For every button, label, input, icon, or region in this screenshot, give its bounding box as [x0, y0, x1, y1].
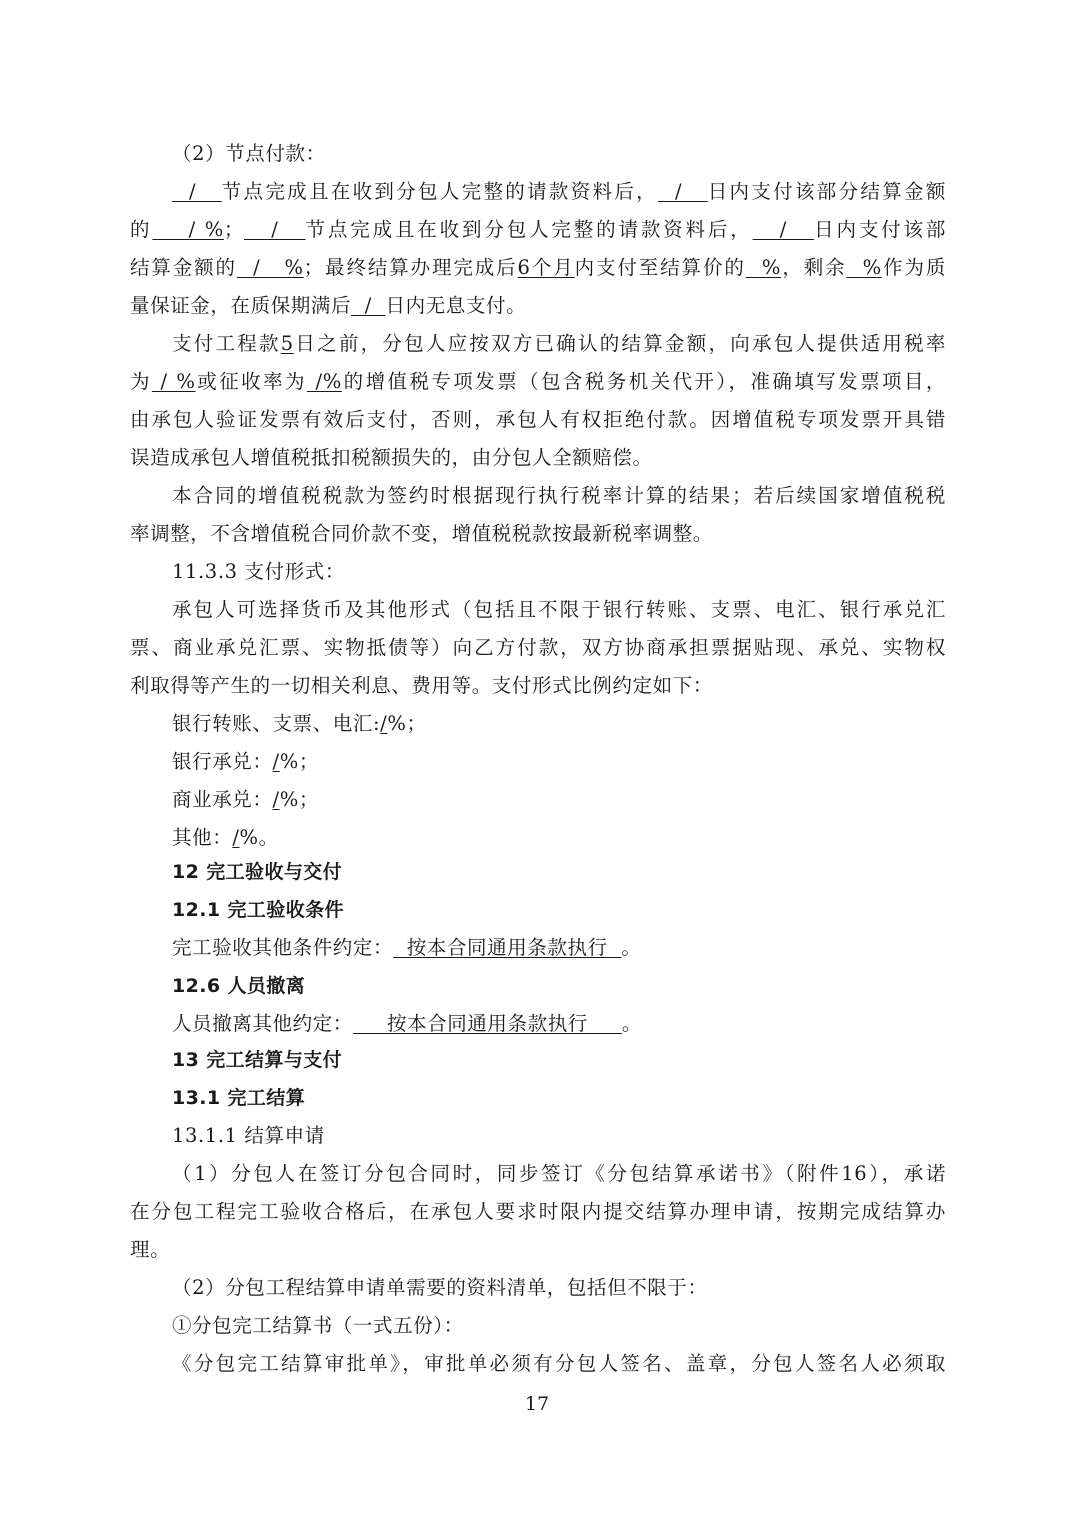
- paragraph-line: 票、商业承兑汇票、实物抵债等）向乙方付款，双方协商承担票据贴现、承兑、实物权: [130, 634, 946, 662]
- blank-field: /: [658, 180, 708, 203]
- paragraph-line: 误造成承包人增值税抵扣税额损失的，由分包人全额赔偿。: [130, 444, 946, 472]
- blank-field: /: [273, 788, 280, 811]
- paragraph-line: 承包人可选择货币及其他形式（包括且不限于银行转账、支票、电汇、银行承兑汇: [172, 596, 946, 624]
- paragraph-line: 利取得等产生的一切相关利息、费用等。支付形式比例约定如下：: [130, 672, 946, 700]
- text: %；: [280, 788, 319, 811]
- blank-field: /: [273, 750, 280, 773]
- payment-ratio-bank-transfer: 银行转账、支票、电汇:/%；: [172, 710, 946, 738]
- filled-field: 按本合同通用条款执行: [353, 1012, 622, 1035]
- paragraph-line: 的 / %； / 节点完成且在收到分包人完整的请款资料后， / 日内支付该部: [130, 216, 946, 244]
- payment-ratio-bank-acceptance: 银行承兑：/%；: [172, 748, 946, 776]
- personnel-withdrawal-line: 人员撤离其他约定： 按本合同通用条款执行 。: [172, 1010, 946, 1038]
- blank-field: /: [244, 218, 306, 241]
- text: 结算金额的: [130, 256, 237, 279]
- paragraph-node-payment-heading: （2）节点付款：: [172, 140, 946, 168]
- label: 完工验收其他条件约定：: [172, 936, 393, 959]
- section-heading-13: 13 完工结算与支付: [172, 1046, 946, 1074]
- text: ；: [224, 218, 244, 241]
- clause-heading-11-3-3: 11.3.3 支付形式：: [172, 558, 946, 586]
- blank-field: /: [351, 294, 385, 317]
- text: 。: [621, 936, 641, 959]
- text: 承包人可选择货币及其他形式（包括且不限于银行转账、支票、电汇、银行承兑汇: [172, 598, 946, 621]
- paragraph-line: 率调整，不含增值税合同价款不变，增值税税款按最新税率调整。: [130, 520, 946, 548]
- payment-ratio-commercial-acceptance: 商业承兑：/%；: [172, 786, 946, 814]
- filled-field: 6个月: [518, 256, 575, 279]
- text: 由承包人验证发票有效后支付，否则，承包人有权拒绝付款。因增值税专项发票开具错: [130, 408, 946, 431]
- acceptance-conditions-line: 完工验收其他条件约定： 按本合同通用条款执行 。: [172, 934, 946, 962]
- text: 11.3.3 支付形式：: [172, 560, 345, 583]
- blank-field: /%: [307, 370, 342, 393]
- text: %；: [280, 750, 319, 773]
- section-heading-13-1: 13.1 完工结算: [172, 1084, 946, 1112]
- clause-heading-13-1-1: 13.1.1 结算申请: [172, 1122, 946, 1150]
- text: 日之前，分包人应按双方已确认的结算金额，向承包人提供适用税率: [294, 332, 946, 355]
- text: 银行转账、支票、电汇:: [172, 712, 380, 735]
- blank-field: %: [746, 256, 781, 279]
- list-item: ①分包完工结算书（一式五份）：: [172, 1312, 946, 1340]
- text: 内支付至结算价的: [575, 256, 746, 279]
- paragraph-line: （2）分包工程结算申请单需要的资料清单，包括但不限于：: [172, 1274, 946, 1302]
- text: 其他：: [172, 826, 232, 849]
- text: 银行承兑：: [172, 750, 273, 773]
- blank-field: /: [172, 180, 222, 203]
- section-heading-12-1: 12.1 完工验收条件: [172, 896, 946, 924]
- label: 人员撤离其他约定：: [172, 1012, 353, 1035]
- text: 日内无息支付。: [385, 294, 526, 317]
- blank-field: %: [847, 256, 882, 279]
- paragraph-line: 本合同的增值税税款为签约时根据现行执行税率计算的结果；若后续国家增值税税: [172, 482, 946, 510]
- text: %；: [387, 712, 426, 735]
- text: 误造成承包人增值税抵扣税额损失的，由分包人全额赔偿。: [130, 446, 653, 469]
- text: 为: [130, 370, 152, 393]
- page-number: 17: [0, 1390, 1074, 1418]
- text: （2）节点付款：: [172, 142, 326, 165]
- paragraph-line: / 节点完成且在收到分包人完整的请款资料后， / 日内支付该部分结算金额: [172, 178, 946, 206]
- paragraph-line: 支付工程款5日之前，分包人应按双方已确认的结算金额，向承包人提供适用税率: [172, 330, 946, 358]
- text: %。: [239, 826, 278, 849]
- text: 节点完成且在收到分包人完整的请款资料后，: [306, 218, 753, 241]
- text: 支付工程款: [172, 332, 281, 355]
- blank-field: /: [753, 218, 815, 241]
- section-heading-12: 12 完工验收与交付: [172, 858, 946, 886]
- text: ，剩余: [781, 256, 846, 279]
- blank-field: / %: [152, 218, 224, 241]
- paragraph-line: 《分包完工结算审批单》，审批单必须有分包人签名、盖章，分包人签名人必须取: [172, 1350, 946, 1378]
- text: 量保证金，在质保期满后: [130, 294, 351, 317]
- text: 或征收率为: [195, 370, 306, 393]
- paragraph-line: 理。: [130, 1236, 946, 1264]
- paragraph-line: 结算金额的 / %；最终结算办理完成后6个月内支付至结算价的 %，剩余 %作为质: [130, 254, 946, 282]
- text: 作为质: [882, 256, 946, 279]
- paragraph-line: 为 / %或征收率为 /%的增值税专项发票（包含税务机关代开），准确填写发票项目…: [130, 368, 946, 396]
- text: 的: [130, 218, 152, 241]
- paragraph-line: 由承包人验证发票有效后支付，否则，承包人有权拒绝付款。因增值税专项发票开具错: [130, 406, 946, 434]
- text: 节点完成且在收到分包人完整的请款资料后，: [222, 180, 658, 203]
- payment-ratio-other: 其他：/%。: [172, 824, 946, 852]
- blank-field: / %: [237, 256, 304, 279]
- text: 商业承兑：: [172, 788, 273, 811]
- paragraph-line: 在分包工程完工验收合格后，在承包人要求时限内提交结算办理申请，按期完成结算办: [130, 1198, 946, 1226]
- text: 日内支付该部分结算金额: [708, 180, 946, 203]
- text: 利取得等产生的一切相关利息、费用等。支付形式比例约定如下：: [130, 674, 713, 697]
- text: ；最终结算办理完成后: [304, 256, 518, 279]
- section-heading-12-6: 12.6 人员撤离: [172, 972, 946, 1000]
- text: 日内支付该部: [814, 218, 946, 241]
- text: 率调整，不含增值税合同价款不变，增值税税款按最新税率调整。: [130, 522, 713, 545]
- text: 的增值税专项发票（包含税务机关代开），准确填写发票项目，: [342, 370, 946, 393]
- paragraph-line: （1）分包人在签订分包合同时，同步签订《分包结算承诺书》（附件16），承诺: [172, 1160, 946, 1188]
- text: 本合同的增值税税款为签约时根据现行执行税率计算的结果；若后续国家增值税税: [172, 484, 946, 507]
- document-page: （2）节点付款： / 节点完成且在收到分包人完整的请款资料后， / 日内支付该部…: [0, 0, 1074, 1520]
- text: 。: [622, 1012, 642, 1035]
- paragraph-line: 量保证金，在质保期满后 / 日内无息支付。: [130, 292, 946, 320]
- blank-field: / %: [152, 370, 196, 393]
- text: 票、商业承兑汇票、实物抵债等）向乙方付款，双方协商承担票据贴现、承兑、实物权: [130, 636, 946, 659]
- filled-field: 5: [281, 332, 294, 355]
- filled-field: 按本合同通用条款执行: [393, 936, 621, 959]
